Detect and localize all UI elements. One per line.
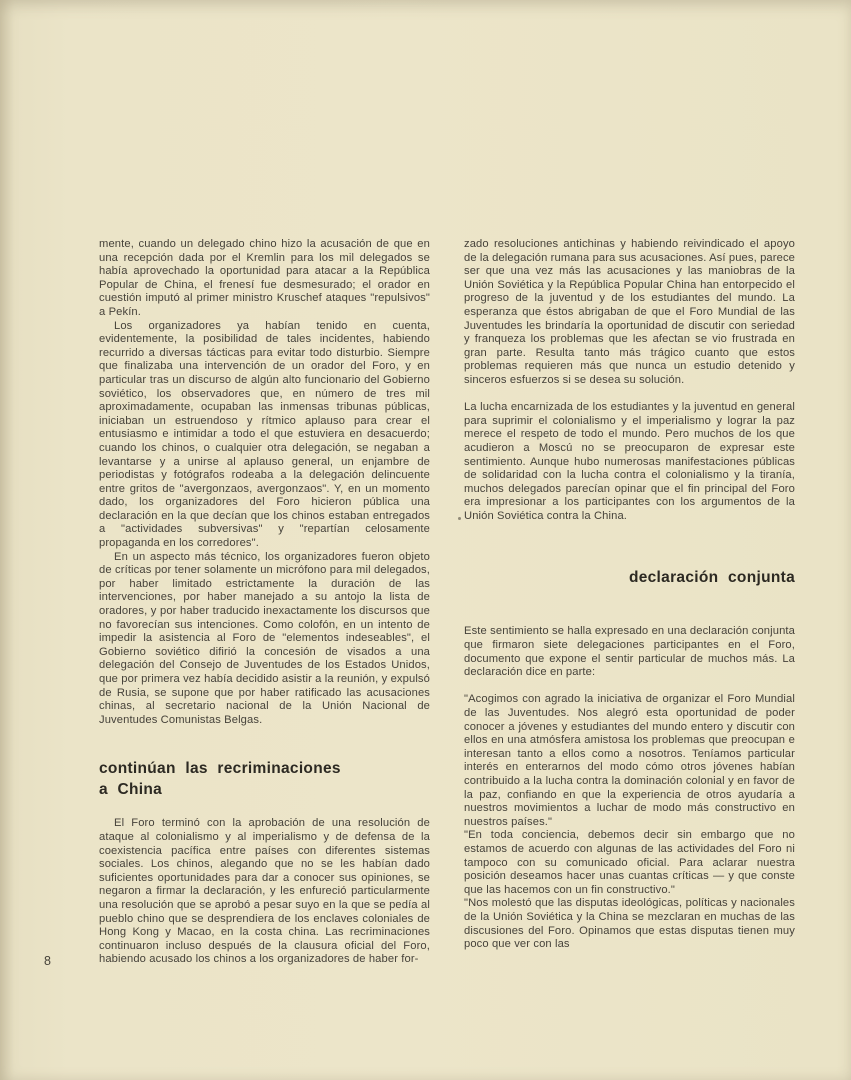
- paragraph: "En toda conciencia, debemos decir sin e…: [464, 829, 795, 897]
- paragraph: mente, cuando un delegado chino hizo la …: [99, 238, 430, 320]
- paragraph: La lucha encarnizada de los estudiantes …: [464, 401, 795, 523]
- paragraph: En un aspecto más técnico, los organizad…: [99, 551, 430, 728]
- right-top-paragraphs: zado resoluciones antichinas y habiendo …: [464, 238, 795, 523]
- paragraph: "Acogimos con agrado la iniciativa de or…: [464, 693, 795, 829]
- paragraph: El Foro terminó con la aprobación de una…: [99, 817, 430, 967]
- paragraph: "Nos molestó que las disputas ideológica…: [464, 897, 795, 951]
- scan-artifact-dot: [458, 517, 461, 520]
- right-column: zado resoluciones antichinas y habiendo …: [464, 238, 795, 952]
- paragraph: zado resoluciones antichinas y habiendo …: [464, 238, 795, 388]
- heading-line-1: continúan las recriminaciones: [99, 758, 430, 779]
- left-column: mente, cuando un delegado chino hizo la …: [99, 238, 430, 967]
- section-heading-declaracion-conjunta: declaración conjunta: [464, 567, 795, 588]
- left-top-paragraphs: mente, cuando un delegado chino hizo la …: [99, 238, 430, 727]
- right-bottom-paragraphs: Este sentimiento se halla expresado en u…: [464, 625, 795, 951]
- section-heading-recriminaciones: continúan las recriminaciones a China: [99, 758, 430, 800]
- left-bottom-paragraphs: El Foro terminó con la aprobación de una…: [99, 817, 430, 967]
- paragraph: Los organizadores ya habían tenido en cu…: [99, 320, 430, 551]
- paragraph: Este sentimiento se halla expresado en u…: [464, 625, 795, 679]
- scanned-page: mente, cuando un delegado chino hizo la …: [0, 0, 851, 1080]
- page-number: 8: [44, 954, 51, 968]
- heading-line-2: a China: [99, 779, 430, 800]
